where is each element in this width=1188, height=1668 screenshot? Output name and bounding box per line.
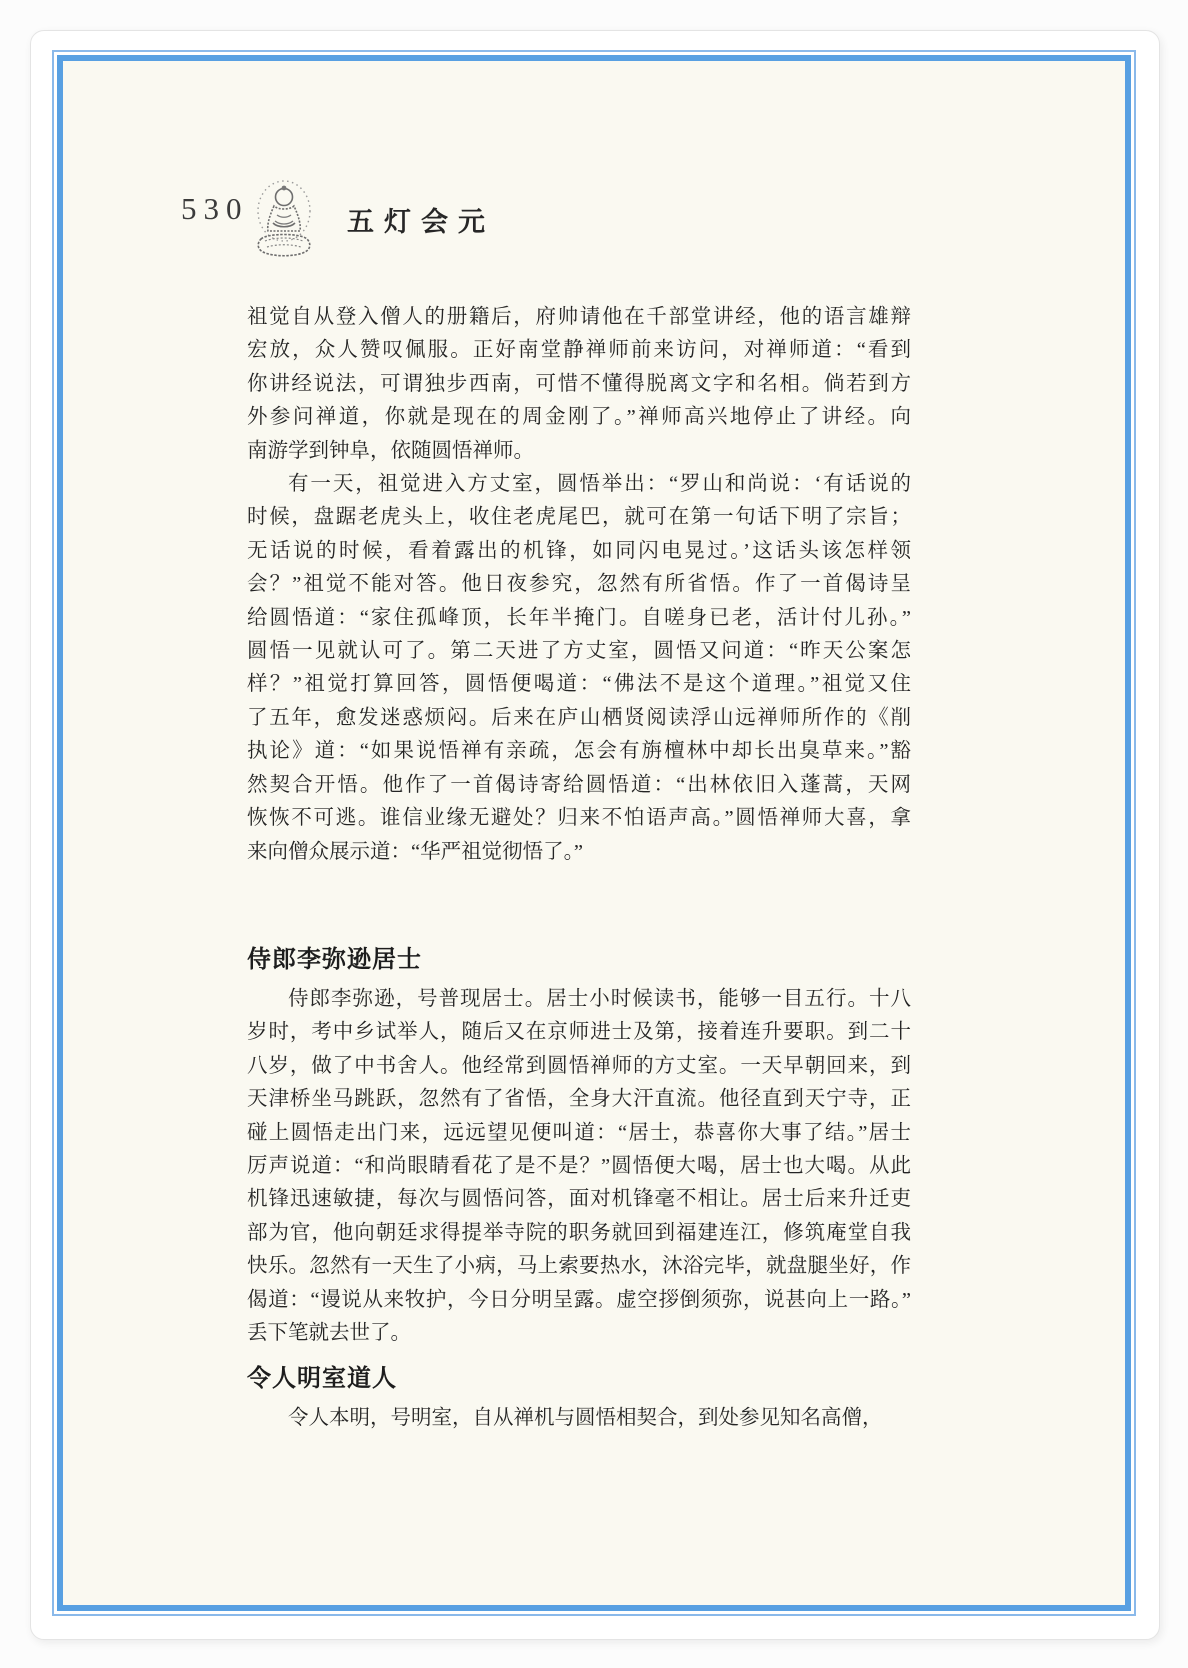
text-line: 偈道：“谩说从来牧护，今日分明呈露。虚空拶倒须弥，说甚向上一路。”	[247, 1284, 911, 1317]
text-line: 侍郎李弥逊，号普现居士。居士小时候读书，能够一目五行。十八	[247, 983, 911, 1016]
text-line: 来向僧众展示道：“华严祖觉彻悟了。”	[247, 836, 911, 869]
text-line: 然契合开悟。他作了一首偈诗寄给圆悟道：“出林依旧入蓬蒿，天网	[247, 769, 911, 802]
paragraph-limixun: 侍郎李弥逊，号普现居士。居士小时候读书，能够一目五行。十八 岁时，考中乡试举人，…	[247, 983, 911, 1350]
text-line: 机锋迅速敏捷，每次与圆悟问答，面对机锋毫不相让。居士后来升迁吏	[247, 1183, 911, 1216]
section-heading-lingren-mingshi: 令人明室道人	[247, 1362, 911, 1395]
page-border-inner: 530 五灯会	[57, 55, 1131, 1611]
text-line: 令人本明，号明室，自从禅机与圆悟相契合，到处参见知名高僧，	[247, 1402, 911, 1435]
text-line: 宏放，众人赞叹佩服。正好南堂静禅师前来访问，对禅师道：“看到	[247, 334, 911, 367]
text-line: 执论》道：“如果说悟禅有亲疏，怎会有旃檀林中却长出臭草来。”豁	[247, 735, 911, 768]
page-border-outer: 530 五灯会	[52, 50, 1136, 1616]
page-number: 530	[181, 191, 249, 227]
text-line: 你讲经说法，可谓独步西南，可惜不懂得脱离文字和名相。倘若到方	[247, 368, 911, 401]
section-heading-shilang-limixun: 侍郎李弥逊居士	[247, 943, 911, 976]
text-line: 给圆悟道：“家住孤峰顶，长年半掩门。自嗟身已老，活计付儿孙。”	[247, 602, 911, 635]
text-block: 祖觉自从登入僧人的册籍后，府帅请他在千部堂讲经，他的语言雄辩 宏放，众人赞叹佩服…	[247, 301, 911, 1436]
text-line: 圆悟一见就认可了。第二天进了方丈室，圆悟又问道：“昨天公案怎	[247, 635, 911, 668]
text-line: 会？”祖觉不能对答。他日夜参究，忽然有所省悟。作了一首偈诗呈	[247, 568, 911, 601]
text-line: 岁时，考中乡试举人，随后又在京师进士及第，接着连升要职。到二十	[247, 1016, 911, 1049]
page-body: 530 五灯会	[63, 61, 1125, 1605]
text-line: 了五年，愈发迷惑烦闷。后来在庐山栖贤阅读浮山远禅师所作的《削	[247, 702, 911, 735]
text-line: 碰上圆悟走出门来，远远望见便叫道：“居士，恭喜你大事了结。”居士	[247, 1117, 911, 1150]
text-line: 时候，盘踞老虎头上，收住老虎尾巴，就可在第一句话下明了宗旨；	[247, 501, 911, 534]
text-line: 部为官，他向朝廷求得提举寺院的职务就回到福建连江，修筑庵堂自我	[247, 1217, 911, 1250]
text-line: 厉声说道：“和尚眼睛看花了是不是？”圆悟便大喝，居士也大喝。从此	[247, 1150, 911, 1183]
text-line: 快乐。忽然有一天生了小病，马上索要热水，沐浴完毕，就盘腿坐好，作	[247, 1250, 911, 1283]
text-line: 样？”祖觉打算回答，圆悟便喝道：“佛法不是这个道理。”祖觉又住	[247, 668, 911, 701]
text-line: 有一天，祖觉进入方丈室，圆悟举出：“罗山和尚说：‘有话说的	[247, 468, 911, 501]
text-line: 南游学到钟阜，依随圆悟禅师。	[247, 435, 911, 468]
text-line: 祖觉自从登入僧人的册籍后，府帅请他在千部堂讲经，他的语言雄辩	[247, 301, 911, 334]
paragraph-lingren: 令人本明，号明室，自从禅机与圆悟相契合，到处参见知名高僧，	[247, 1402, 911, 1435]
book-page-card: 530 五灯会	[30, 30, 1160, 1640]
text-line: 恢恢不可逃。谁信业缘无避处？归来不怕语声高。”圆悟禅师大喜，拿	[247, 802, 911, 835]
paragraph-zujue-2: 有一天，祖觉进入方丈室，圆悟举出：“罗山和尚说：‘有话说的 时候，盘踞老虎头上，…	[247, 468, 911, 869]
text-line: 丢下笔就去世了。	[247, 1317, 911, 1350]
text-line: 外参问禅道，你就是现在的周金刚了。”禅师高兴地停止了讲经。向	[247, 401, 911, 434]
book-title: 五灯会元	[347, 200, 495, 239]
text-line: 八岁，做了中书舍人。他经常到圆悟禅师的方丈室。一天早朝回来，到	[247, 1050, 911, 1083]
paragraph-zujue-1: 祖觉自从登入僧人的册籍后，府帅请他在千部堂讲经，他的语言雄辩 宏放，众人赞叹佩服…	[247, 301, 911, 468]
text-line: 天津桥坐马跳跃，忽然有了省悟，全身大汗直流。他径直到天宁寺，正	[247, 1083, 911, 1116]
text-line: 无话说的时候，看着露出的机锋，如同闪电晃过。’这话头该怎样领	[247, 535, 911, 568]
seated-buddha-icon	[247, 173, 321, 265]
